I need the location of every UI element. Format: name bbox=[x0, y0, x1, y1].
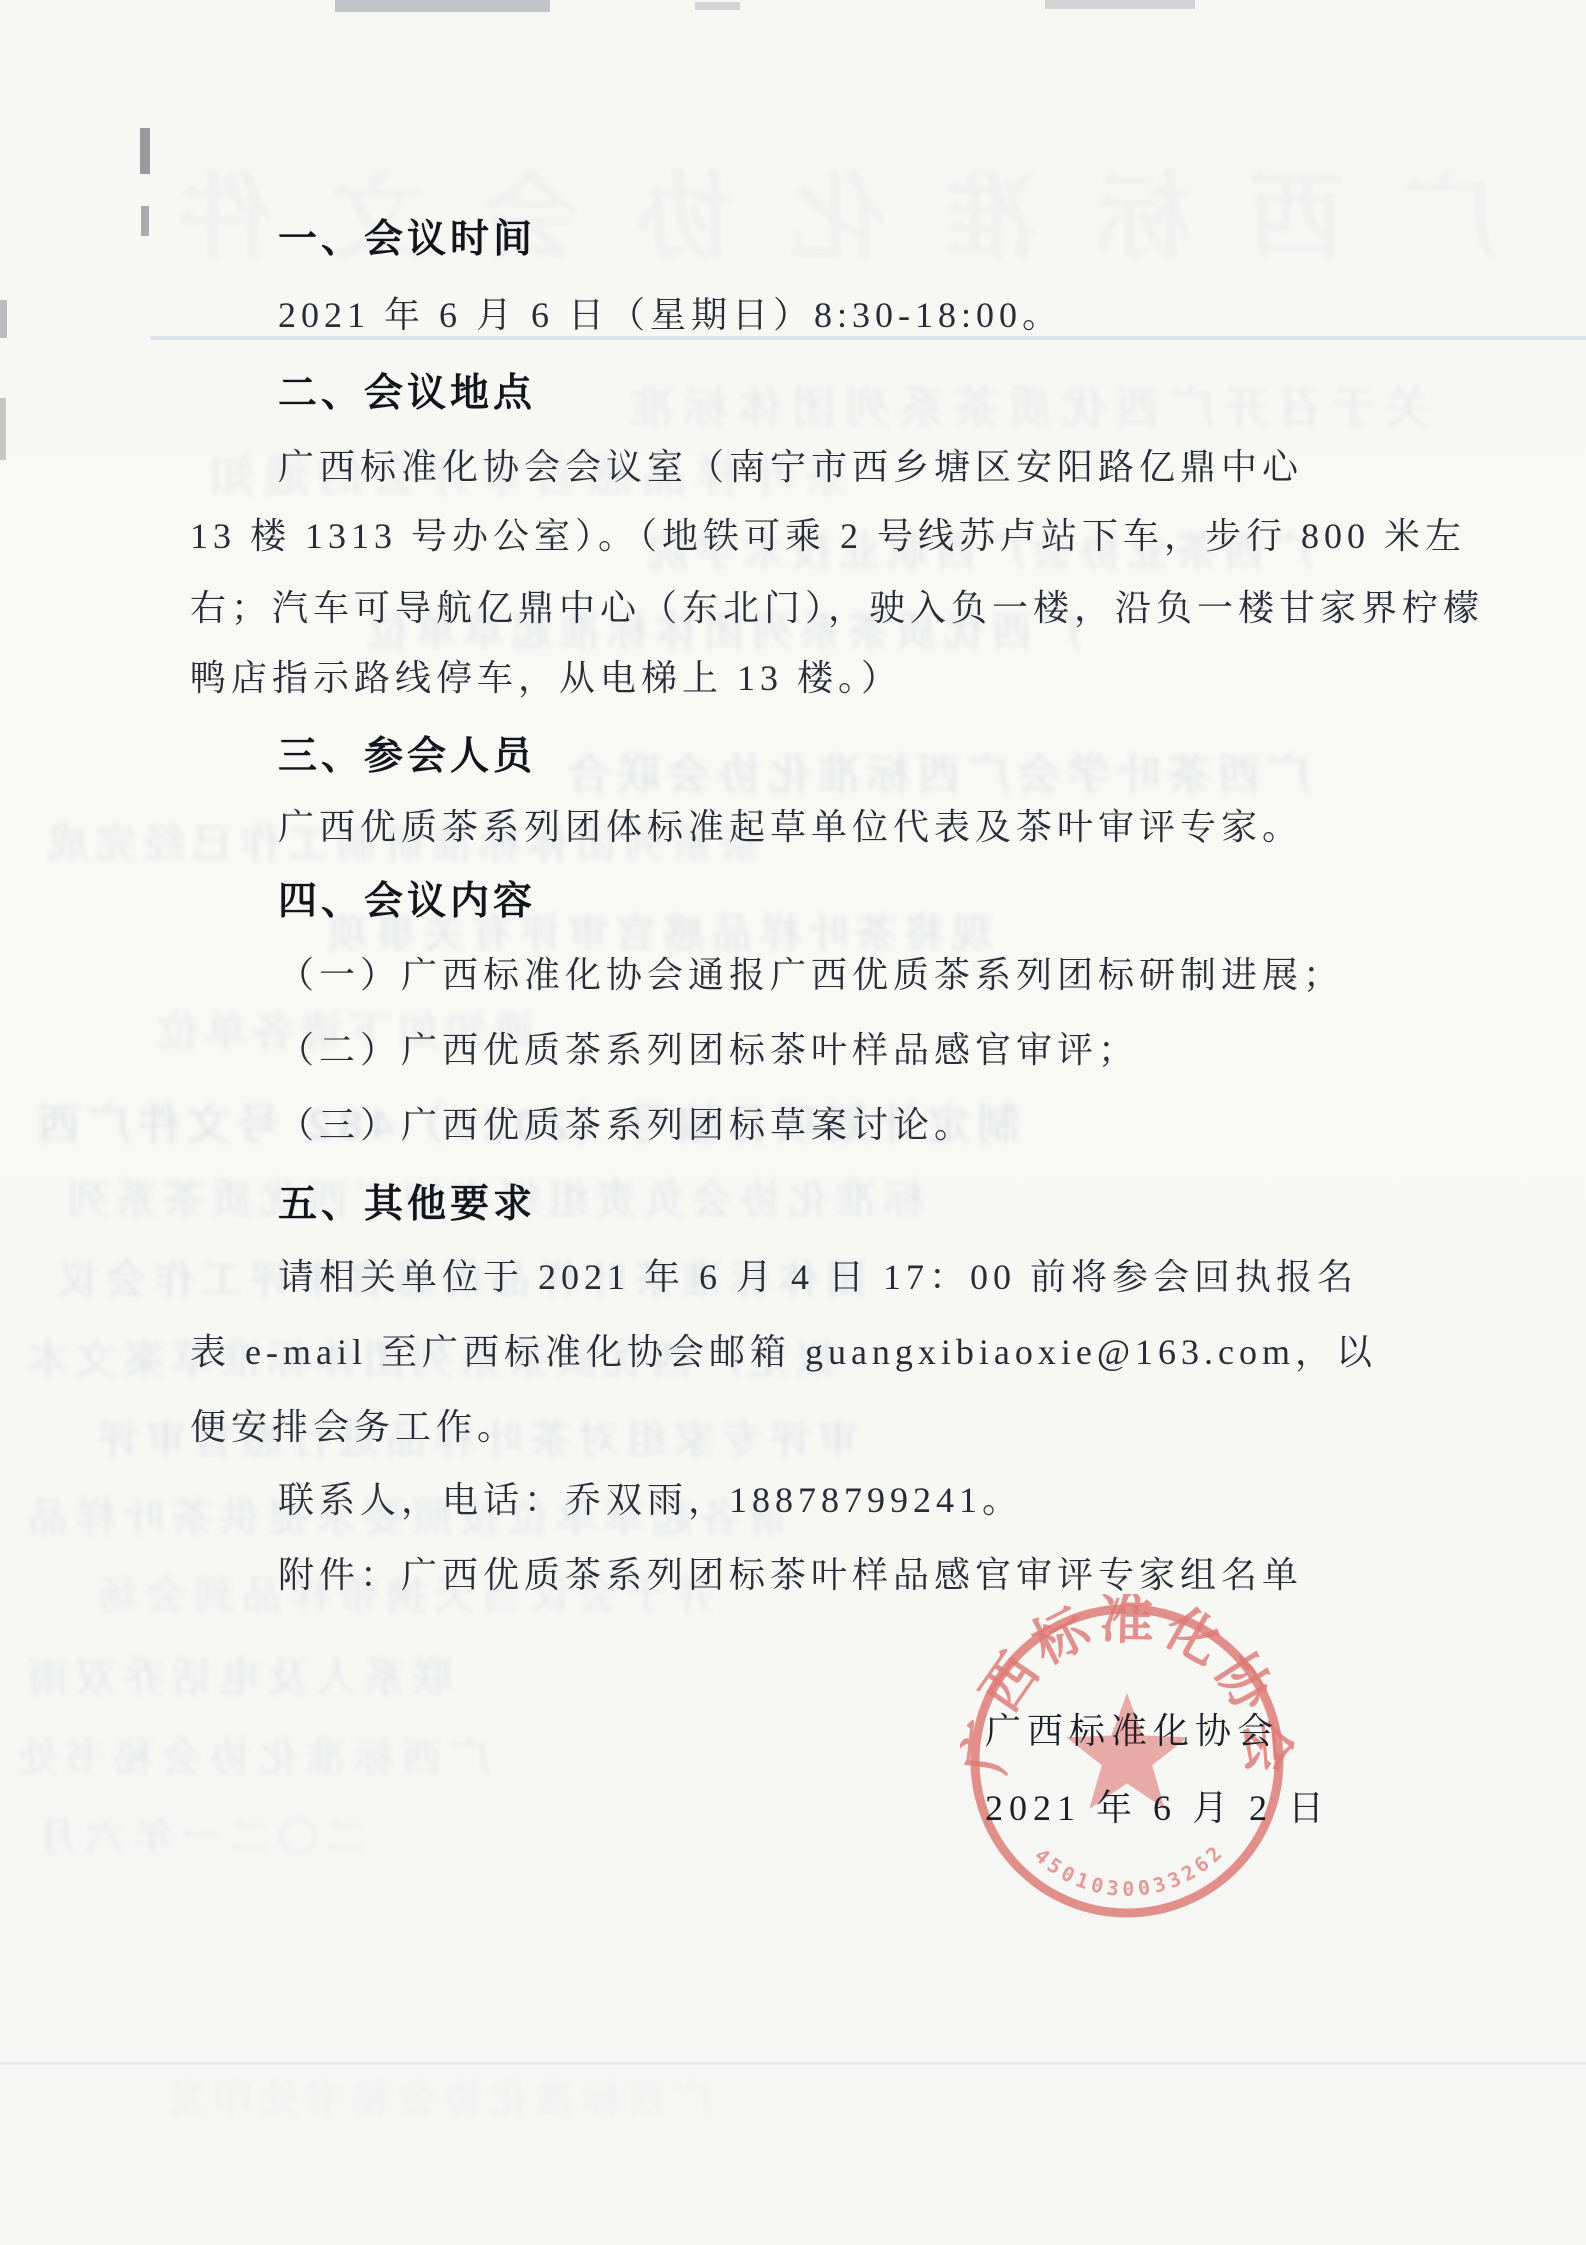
scan-streak bbox=[150, 336, 1586, 340]
section-heading-meeting-place: 二、会议地点 bbox=[190, 372, 1578, 417]
scan-edge-mark bbox=[141, 206, 149, 236]
agenda-item-3: （三）广西优质茶系列团标草案讨论。 bbox=[190, 1105, 1578, 1146]
scan-top-smudge bbox=[695, 2, 740, 10]
section-heading-agenda: 四、会议内容 bbox=[190, 880, 1578, 925]
paragraph-meeting-time: 2021 年 6 月 6 日（星期日）8:30-18:00。 bbox=[190, 295, 1578, 336]
section-heading-meeting-time: 一、会议时间 bbox=[190, 218, 1578, 263]
official-seal-stamp: 广西标准化协会 4501030033262 bbox=[960, 1594, 1296, 1930]
bleedthrough-text: 二〇二一年六月 bbox=[30, 1806, 366, 1863]
paragraph-meeting-place-line1: 广西标准化协会会议室（南宁市西乡塘区安阳路亿鼎中心 bbox=[190, 447, 1578, 488]
scanned-notice-page: 广西标准化协会文件 关于召开广西优质茶系列团体标准 茶叶样品感官审评会的通知 广… bbox=[0, 0, 1586, 2245]
scan-streak bbox=[0, 2062, 1586, 2065]
bleedthrough-text: 广西标准化协会秘书处印发 bbox=[160, 2068, 712, 2123]
scan-top-smudge bbox=[335, 0, 550, 12]
contact-line: 联系人，电话：乔双雨，18878799241。 bbox=[190, 1480, 1578, 1521]
paragraph-meeting-place-line3: 右；汽车可导航亿鼎中心（东北门），驶入负一楼，沿负一楼甘家界柠檬 bbox=[190, 588, 1490, 629]
bleedthrough-text: 联系人及电话乔双雨 bbox=[20, 1646, 452, 1703]
agenda-item-2: （二）广西优质茶系列团标茶叶样品感官审评； bbox=[190, 1030, 1578, 1071]
section-heading-other-requirements: 五、其他要求 bbox=[190, 1183, 1578, 1228]
scan-edge-mark bbox=[140, 128, 150, 174]
attachment-line: 附件：广西优质茶系列团标茶叶样品感官审评专家组名单 bbox=[190, 1555, 1578, 1596]
paragraph-meeting-place-line4: 鸭店指示路线停车，从电梯上 13 楼。） bbox=[190, 658, 1490, 699]
paragraph-rsvp-line2-email: 表 e-mail 至广西标准化协会邮箱 guangxibiaoxie@163.c… bbox=[190, 1332, 1490, 1373]
paragraph-rsvp-line3: 便安排会务工作。 bbox=[190, 1407, 1490, 1448]
paragraph-rsvp-line1: 请相关单位于 2021 年 6 月 4 日 17：00 前将参会回执报名 bbox=[190, 1257, 1578, 1298]
scan-top-smudge bbox=[1045, 0, 1195, 9]
signature-date: 2021 年 6 月 2 日 bbox=[985, 1780, 1330, 1831]
section-heading-participants: 三、参会人员 bbox=[190, 735, 1578, 780]
signature-organization: 广西标准化协会 bbox=[985, 1703, 1279, 1754]
scan-edge-mark bbox=[0, 398, 6, 460]
agenda-item-1: （一）广西标准化协会通报广西优质茶系列团标研制进展； bbox=[190, 955, 1578, 996]
paragraph-meeting-place-line2: 13 楼 1313 号办公室）。（地铁可乘 2 号线苏卢站下车，步行 800 米… bbox=[190, 516, 1490, 557]
scan-edge-mark bbox=[0, 300, 7, 338]
paragraph-participants: 广西优质茶系列团体标准起草单位代表及茶叶审评专家。 bbox=[190, 807, 1578, 848]
bleedthrough-text: 广西标准化协会秘书处 bbox=[10, 1726, 490, 1783]
